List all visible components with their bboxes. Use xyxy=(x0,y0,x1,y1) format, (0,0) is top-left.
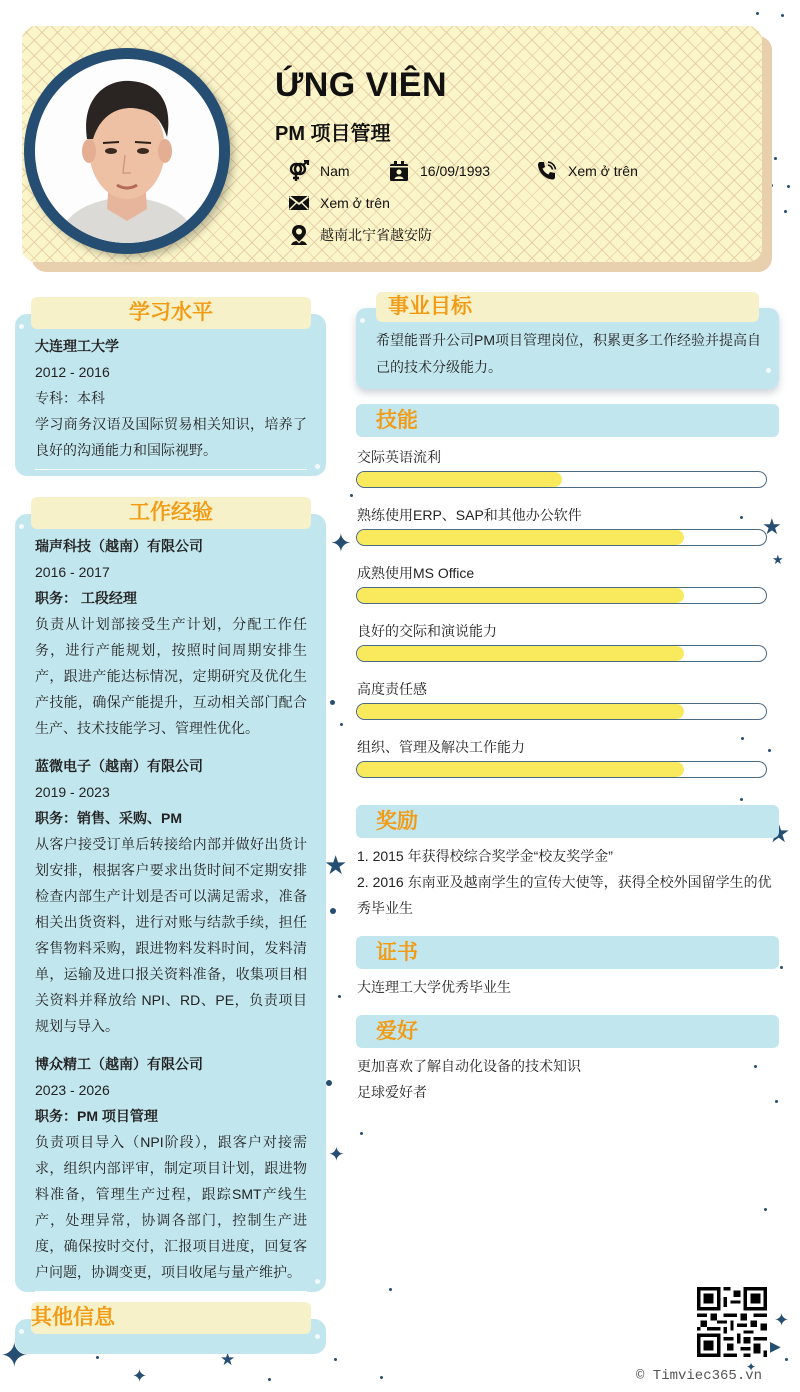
phone-value: Xem ở trên xyxy=(568,163,638,179)
address-value: 越南北宁省越安防 xyxy=(320,225,432,245)
awards-header: 奖励 xyxy=(356,805,779,838)
divider xyxy=(35,469,307,470)
gender-value: Nam xyxy=(320,163,350,179)
certificates-title: 证书 xyxy=(376,936,418,969)
decor-dot xyxy=(350,494,353,497)
skill-label: 组织、管理及解决工作能力 xyxy=(357,737,525,757)
education-title: 学习水平 xyxy=(31,297,311,329)
experience-position: 职务：PM 项目管理 xyxy=(35,1103,307,1129)
decor-dot xyxy=(326,1080,332,1086)
certificates-list: 大连理工大学优秀毕业生 xyxy=(357,974,781,1000)
decor-dot xyxy=(740,516,743,519)
experience-description: 负责从计划部接受生产计划，分配工作任务，进行产能规划，按照时间周期安排生产，跟进… xyxy=(35,611,307,741)
decor-dot xyxy=(780,966,783,969)
decor-dot xyxy=(787,185,790,188)
gender-info: Nam xyxy=(288,160,350,182)
divider xyxy=(35,1291,307,1292)
skill-bar xyxy=(356,645,767,662)
skill-bar xyxy=(356,471,767,488)
sparkle-star-icon: ✦ xyxy=(330,528,352,559)
education-description: 学习商务汉语及国际贸易相关知识，培养了良好的沟通能力和国际视野。 xyxy=(35,411,307,463)
decor-dot xyxy=(741,737,744,740)
decor-dot xyxy=(360,1132,363,1135)
experience-position: 职务：销售、采购、PM xyxy=(35,805,307,831)
skill-bar xyxy=(356,529,767,546)
hobbies-header: 爱好 xyxy=(356,1015,779,1048)
experience-period: 2023 - 2026 xyxy=(35,1077,307,1103)
experience-period: 2019 - 2023 xyxy=(35,779,307,805)
other-info-title: 其他信息 xyxy=(31,1302,311,1334)
phone-icon xyxy=(536,160,558,182)
decor-dot xyxy=(740,798,743,801)
awards-list: 1. 2015 年获得校综合奖学金“校友奖学金” 2. 2016 东南亚及越南学… xyxy=(357,843,781,921)
skill-bar xyxy=(356,761,767,778)
skill-bar-fill xyxy=(357,762,684,777)
decor-dot xyxy=(785,1358,788,1361)
triangle-icon: ▶ xyxy=(770,1338,781,1355)
skill-label: 高度责任感 xyxy=(357,679,427,699)
decor-dot xyxy=(268,1378,271,1381)
decor-dot xyxy=(334,1358,337,1361)
company-name: 瑞声科技（越南）有限公司 xyxy=(35,533,307,559)
experience-description: 从客户接受订单后转接给内部并做好出货计划安排，根据客户要求出货时间不定期安排检查… xyxy=(35,831,307,1039)
company-name: 蓝微电子（越南）有限公司 xyxy=(35,753,307,779)
skill-label: 交际英语流利 xyxy=(357,447,441,467)
qr-code xyxy=(697,1287,767,1357)
avatar-photo xyxy=(35,59,219,243)
skill-label: 成熟使用MS Office xyxy=(357,563,474,583)
calendar-icon xyxy=(388,160,410,182)
experience-title: 工作经验 xyxy=(31,497,311,529)
avatar xyxy=(24,48,230,254)
copyright-text: © Timviec365.vn xyxy=(636,1368,762,1384)
email-value: Xem ở trên xyxy=(320,195,390,211)
skill-label: 良好的交际和演说能力 xyxy=(357,621,497,641)
certificates-header: 证书 xyxy=(356,936,779,969)
skills-title: 技能 xyxy=(376,404,418,437)
experience-item: 瑞声科技（越南）有限公司 2016 - 2017 职务： 工段经理 负责从计划部… xyxy=(35,533,307,741)
candidate-name: ỨNG VIÊN xyxy=(275,66,447,105)
skill-label: 熟练使用ERP、SAP和其他办公软件 xyxy=(357,505,582,525)
birthday-value: 16/09/1993 xyxy=(420,163,490,179)
skill-bar-fill xyxy=(357,704,684,719)
decor-dot xyxy=(338,995,341,998)
skill-bar-fill xyxy=(357,472,562,487)
decor-dot xyxy=(96,1356,99,1359)
certificate-item: 大连理工大学优秀毕业生 xyxy=(357,974,781,1000)
address-info: 越南北宁省越安防 xyxy=(288,224,432,246)
award-item: 2. 2016 东南亚及越南学生的宣传大使等，获得全校外国留学生的优秀毕业生 xyxy=(357,869,781,921)
skills-header: 技能 xyxy=(356,404,779,437)
decor-dot xyxy=(781,14,784,17)
birthday-info: 16/09/1993 xyxy=(388,160,490,182)
job-title: PM 项目管理 xyxy=(275,117,391,146)
career-goal-title: 事业目标 xyxy=(376,292,759,322)
decor-dot xyxy=(764,1208,767,1211)
sparkle-star-icon: ✦ xyxy=(132,1366,147,1387)
education-major: 专科：本科 xyxy=(35,385,307,411)
career-goal-text: 希望能晋升公司PM项目管理岗位，积累更多工作经验并提高自己的技术分级能力。 xyxy=(376,327,768,381)
experience-list: 瑞声科技（越南）有限公司 2016 - 2017 职务： 工段经理 负责从计划部… xyxy=(35,533,307,1292)
skill-bar-fill xyxy=(357,588,684,603)
person-portrait-icon xyxy=(35,59,219,243)
decor-dot xyxy=(756,12,759,15)
decor-dot xyxy=(340,723,343,726)
experience-item: 博众精工（越南）有限公司 2023 - 2026 职务：PM 项目管理 负责项目… xyxy=(35,1051,307,1285)
experience-item: 蓝微电子（越南）有限公司 2019 - 2023 职务：销售、采购、PM 从客户… xyxy=(35,753,307,1039)
experience-period: 2016 - 2017 xyxy=(35,559,307,585)
hobbies-list: 更加喜欢了解自动化设备的技术知识 足球爱好者 xyxy=(357,1053,781,1105)
email-info: Xem ở trên xyxy=(288,192,390,214)
skill-bar xyxy=(356,703,767,720)
hobby-item: 更加喜欢了解自动化设备的技术知识 xyxy=(357,1053,781,1079)
map-pin-icon xyxy=(288,224,310,246)
company-name: 博众精工（越南）有限公司 xyxy=(35,1051,307,1077)
decor-dot xyxy=(768,749,771,752)
decor-dot xyxy=(389,1288,392,1291)
star-icon: ★ xyxy=(772,552,784,568)
skill-bar xyxy=(356,587,767,604)
experience-description: 负责项目导入（NPI阶段），跟客户对接需求，组织内部评审，制定项目计划，跟进物料… xyxy=(35,1129,307,1285)
awards-title: 奖励 xyxy=(376,805,418,838)
education-content: 大连理工大学 2012 - 2016 专科：本科 学习商务汉语及国际贸易相关知识… xyxy=(35,333,307,470)
skill-bar-fill xyxy=(357,530,684,545)
skill-bar-fill xyxy=(357,646,684,661)
experience-position: 职务： 工段经理 xyxy=(35,585,307,611)
phone-info: Xem ở trên xyxy=(536,160,638,182)
decor-dot xyxy=(330,908,336,914)
sparkle-star-icon: ✦ xyxy=(774,1310,789,1331)
decor-dot xyxy=(330,700,335,705)
education-period: 2012 - 2016 xyxy=(35,359,307,385)
gender-icon xyxy=(288,160,310,182)
decor-dot xyxy=(380,1376,383,1379)
sparkle-star-icon: ✦ xyxy=(328,1142,345,1167)
award-item: 1. 2015 年获得校综合奖学金“校友奖学金” xyxy=(357,843,781,869)
star-icon: ★ xyxy=(324,850,347,881)
hobbies-title: 爱好 xyxy=(376,1015,418,1048)
hobby-item: 足球爱好者 xyxy=(357,1079,781,1105)
envelope-icon xyxy=(288,192,310,214)
decor-dot xyxy=(784,210,787,213)
school-name: 大连理工大学 xyxy=(35,333,307,359)
decor-dot xyxy=(774,157,777,160)
